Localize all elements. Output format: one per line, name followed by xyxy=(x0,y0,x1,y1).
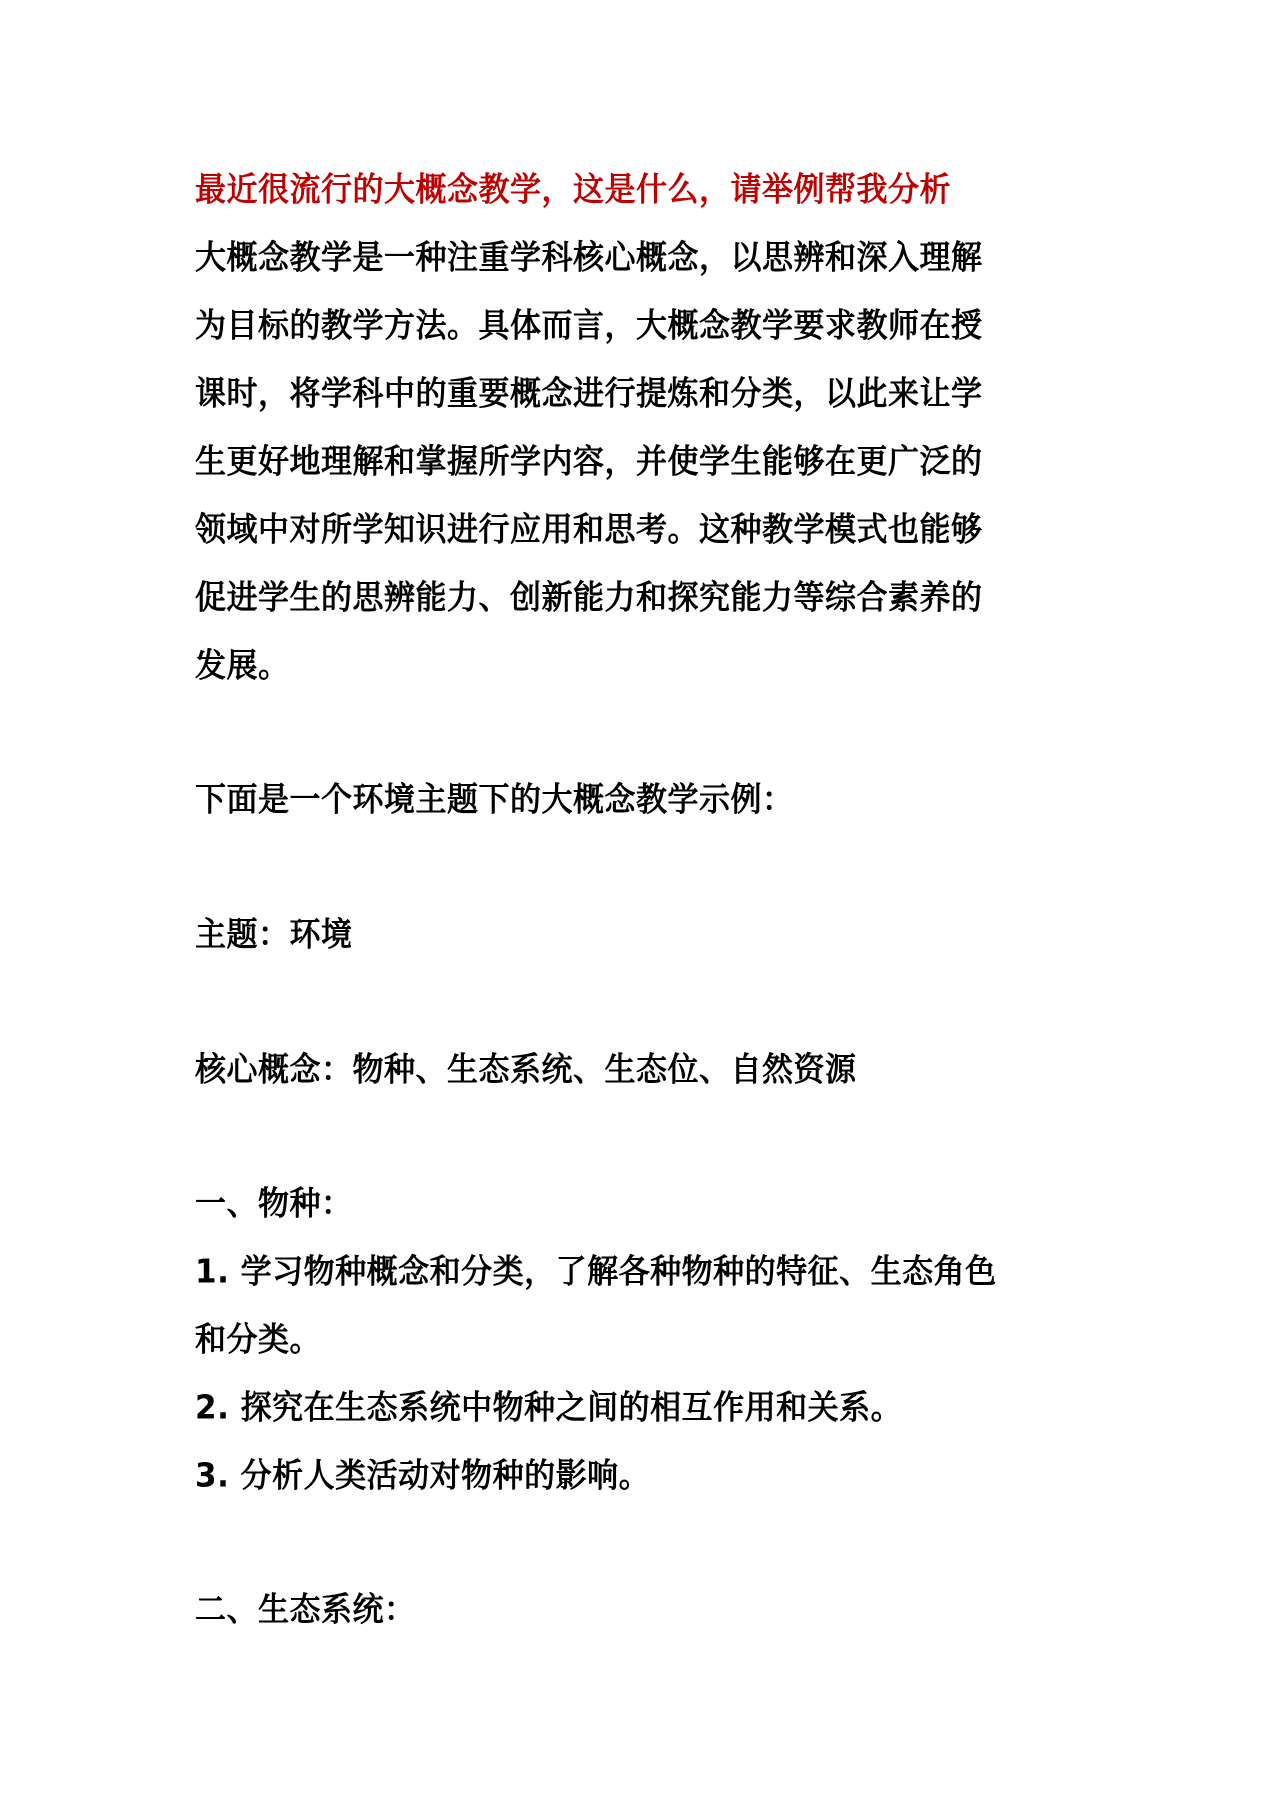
section-heading-species: 一、物种： xyxy=(195,1183,353,1225)
list-item: 3. 分析人类活动对物种的影响。 xyxy=(195,1455,650,1497)
question-heading: 最近很流行的大概念教学，这是什么，请举例帮我分析 xyxy=(195,169,951,211)
answer-line: 促进学生的思辨能力、创新能力和探究能力等综合素养的 xyxy=(195,577,983,619)
answer-line: 发展。 xyxy=(195,645,290,687)
answer-line: 为目标的教学方法。具体而言，大概念教学要求教师在授 xyxy=(195,305,983,347)
section-heading-ecosystem: 二、生态系统： xyxy=(195,1589,416,1631)
document-page: 最近很流行的大概念教学，这是什么，请举例帮我分析 大概念教学是一种注重学科核心概… xyxy=(0,0,1280,1811)
list-item: 1. 学习物种概念和分类，了解各种物种的特征、生态角色 xyxy=(195,1251,997,1293)
answer-line: 大概念教学是一种注重学科核心概念，以思辨和深入理解 xyxy=(195,237,983,279)
list-item: 2. 探究在生态系统中物种之间的相互作用和关系。 xyxy=(195,1387,902,1429)
answer-line: 课时，将学科中的重要概念进行提炼和分类，以此来让学 xyxy=(195,373,983,415)
core-concepts-line: 核心概念：物种、生态系统、生态位、自然资源 xyxy=(195,1049,857,1091)
answer-line: 生更好地理解和掌握所学内容，并使学生能够在更广泛的 xyxy=(195,441,983,483)
example-intro: 下面是一个环境主题下的大概念教学示例： xyxy=(195,779,794,821)
list-item-continuation: 和分类。 xyxy=(195,1319,321,1361)
theme-line: 主题：环境 xyxy=(195,914,353,956)
answer-line: 领域中对所学知识进行应用和思考。这种教学模式也能够 xyxy=(195,509,983,551)
